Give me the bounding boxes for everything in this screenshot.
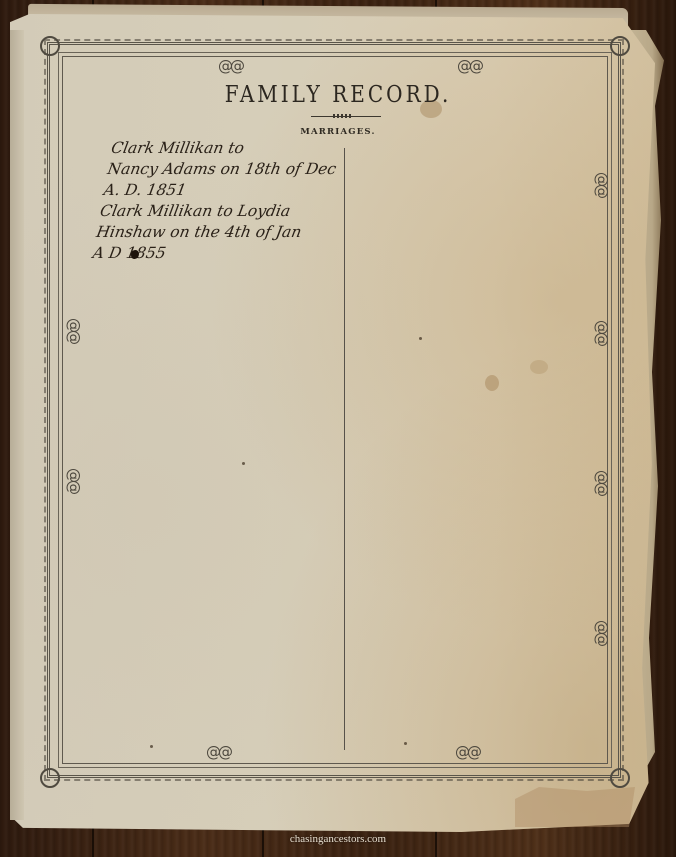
- torn-edge: [515, 787, 635, 827]
- corner-ornament-icon: [610, 36, 630, 56]
- swirl-ornament-icon: @@: [594, 320, 609, 344]
- swirl-ornament-icon: @@: [594, 620, 609, 644]
- swirl-ornament-icon: @@: [594, 172, 609, 196]
- watermark: chasingancestors.com: [0, 833, 676, 845]
- swirl-ornament-icon: @@: [66, 468, 81, 492]
- marriage-entries: Clark Millikan to Nancy Adams on 18th of…: [91, 138, 363, 264]
- title-rule-ornament: [333, 114, 351, 118]
- entry-line: A D 1855: [91, 243, 345, 264]
- entry-line: A. D. 1851: [102, 180, 356, 201]
- corner-ornament-icon: [610, 768, 630, 788]
- entry-line: Hinshaw on the 4th of Jan: [95, 222, 349, 243]
- swirl-ornament-icon: @@: [218, 59, 242, 74]
- entry-line: Clark Millikan to Loydia: [98, 201, 352, 222]
- entry-line: Nancy Adams on 18th of Dec: [106, 159, 360, 180]
- corner-ornament-icon: [40, 36, 60, 56]
- entry-line: Clark Millikan to: [109, 138, 363, 159]
- swirl-ornament-icon: @@: [66, 318, 81, 342]
- swirl-ornament-icon: @@: [455, 745, 479, 760]
- swirl-ornament-icon: @@: [206, 745, 230, 760]
- swirl-ornament-icon: @@: [594, 470, 609, 494]
- page-title: FAMILY RECORD.: [0, 80, 676, 108]
- swirl-ornament-icon: @@: [457, 59, 481, 74]
- marriage-entry: Clark Millikan to Nancy Adams on 18th of…: [102, 138, 363, 201]
- binding-edge: [10, 30, 24, 820]
- corner-ornament-icon: [40, 768, 60, 788]
- section-heading-marriages: MARRIAGES.: [0, 127, 676, 137]
